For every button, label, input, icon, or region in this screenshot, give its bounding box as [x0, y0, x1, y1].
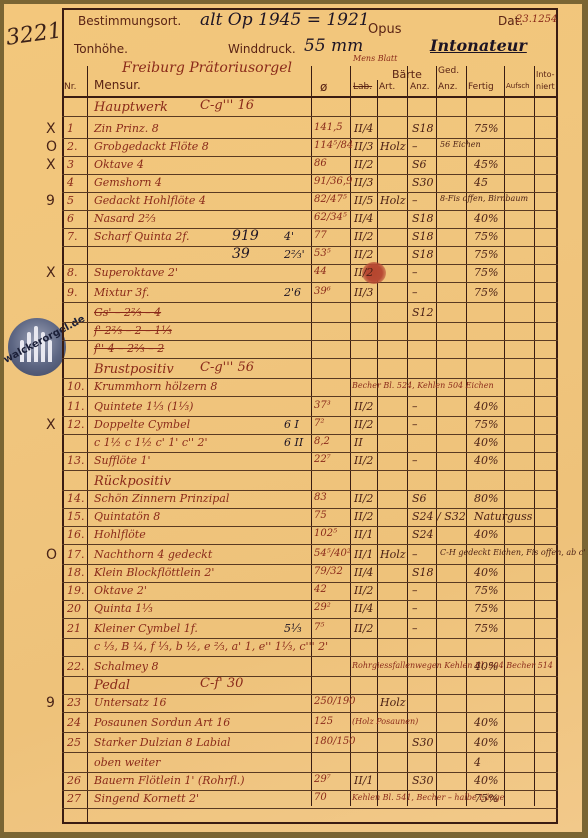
register-number: 14.: [67, 492, 85, 505]
row-divider: [62, 264, 558, 265]
row-divider: [62, 156, 558, 157]
row-divider: [62, 210, 558, 211]
section-title: Hauptwerk: [94, 100, 168, 115]
section-compass: C-f' 30: [200, 676, 243, 691]
completion-value: 45%: [474, 158, 498, 171]
diameter-value: 44: [314, 266, 327, 277]
register-number: 27: [67, 792, 81, 805]
mens-blatt-value: II/3: [354, 286, 373, 299]
col-line-ged: [436, 66, 437, 806]
wind-pressure-label: Winddruck.: [228, 42, 296, 56]
register-number: 26: [67, 774, 81, 787]
row-divider: [62, 618, 558, 619]
register-number: 1: [67, 122, 74, 135]
beard-count: –: [412, 584, 418, 597]
diameter-value: 53⁵: [314, 248, 331, 259]
register-number: 12.: [67, 418, 85, 431]
col-aufschnitt: Aufsch: [506, 82, 530, 90]
beard-count: S18: [412, 122, 434, 135]
beard-count: S18: [412, 212, 434, 225]
diameter-value: 54⁵/40²: [314, 548, 351, 559]
register-name: Mixtur 3f.: [94, 286, 149, 299]
beard-count: S18: [412, 248, 434, 261]
register-name: oben weiter: [94, 756, 160, 769]
col-baerte-anz: Anz.: [410, 82, 429, 92]
row-divider: [62, 322, 558, 323]
register-name: Quinta 1⅓: [94, 602, 153, 615]
row-divider: [62, 246, 558, 247]
date-value: 23.1254: [516, 14, 557, 25]
register-number: 8.: [67, 266, 78, 279]
register-name: Doppelte Cymbel: [94, 418, 190, 431]
col-mens-blatt-strike: Lab.: [353, 82, 372, 92]
status-mark: X: [46, 265, 56, 281]
row-divider: [62, 192, 558, 193]
register-name: Grobgedackt Flöte 8: [94, 140, 209, 153]
diameter-value: 125: [314, 716, 333, 727]
col-line-fertig: [466, 66, 467, 806]
register-name: Nasard 2⅔: [94, 212, 156, 225]
register-number: 9.: [67, 286, 78, 299]
completion-value: 75%: [474, 418, 498, 431]
row-divider: [62, 508, 558, 509]
mens-blatt-value: II: [354, 436, 363, 449]
completion-value: 75%: [474, 602, 498, 615]
diameter-value: 77: [314, 230, 327, 241]
register-name: Untersatz 16: [94, 696, 166, 709]
register-number: 16.: [67, 528, 85, 541]
register-name: Gs' – 2⅔ – 4: [94, 306, 161, 319]
diameter-value: 91/36,9: [314, 176, 352, 187]
completion-value: 40%: [474, 736, 498, 749]
completion-value: 75%: [474, 286, 498, 299]
completion-value: 40%: [474, 566, 498, 579]
register-name: f' 2⅔ – 2 – 1⅓: [94, 324, 172, 337]
register-name: Superoktave 2': [94, 266, 178, 279]
register-number: 7.: [67, 230, 78, 243]
register-number: 5: [67, 194, 74, 207]
mens-blatt-value: II/2: [354, 248, 373, 261]
register-number: 25: [67, 736, 81, 749]
beard-count: –: [412, 400, 418, 413]
beard-count: –: [412, 286, 418, 299]
col-intoniert-top: Into-: [536, 70, 555, 79]
register-name: Bauern Flötlein 1' (Rohrfl.): [94, 774, 245, 787]
beard-count: S12: [412, 306, 434, 319]
register-name: Gedackt Hohlflöte 4: [94, 194, 206, 207]
mens-blatt-value: II/2: [354, 584, 373, 597]
row-divider: [62, 358, 558, 359]
completion-value: 75%: [474, 622, 498, 635]
section-compass: C-g''' 16: [200, 98, 254, 113]
register-name: Starker Dulzian 8 Labial: [94, 736, 231, 749]
beard-count: S18: [412, 230, 434, 243]
register-number: 21: [67, 622, 81, 635]
diameter-value: 8,2: [314, 436, 330, 447]
register-number: 17.: [67, 548, 85, 561]
diameter-value: 75: [314, 510, 327, 521]
register-name: Schalmey 8: [94, 660, 159, 673]
row-divider: [62, 378, 558, 379]
col-line-aufsch: [504, 66, 505, 806]
row-divider: [62, 582, 558, 583]
status-mark: 9: [46, 695, 55, 711]
diameter-value: 79/32: [314, 566, 343, 577]
row-divider: [62, 174, 558, 175]
mens-blatt-value: II/2: [354, 266, 373, 279]
mens-blatt-value: II/4: [354, 122, 373, 135]
diameter-value: 7²: [314, 418, 324, 429]
pitch-length: 5⅓: [284, 622, 302, 635]
diameter-value: 70: [314, 792, 327, 803]
register-name: Nachthorn 4 gedeckt: [94, 548, 212, 561]
row-note: Becher Bl. 524, Kehlen 504 Eichen: [352, 381, 494, 390]
row-divider: [62, 340, 558, 341]
completion-value: 80%: [474, 492, 498, 505]
register-name: Posaunen Sordun Art 16: [94, 716, 230, 729]
diameter-value: 29⁷: [314, 774, 331, 785]
beard-count: S6: [412, 158, 427, 171]
beard-type: Holz: [380, 194, 406, 207]
col-line-anz: [407, 66, 408, 806]
ged-note: C-H gedeckt Eichen, Fis offen, ab c' Bir…: [440, 548, 588, 557]
register-number: 19.: [67, 584, 85, 597]
mens-blatt-value: II/1: [354, 528, 373, 541]
status-mark: X: [46, 157, 56, 173]
diameter-value: 37³: [314, 400, 331, 411]
diameter-value: 114⁵/84: [314, 140, 353, 151]
completion-value: 75%: [474, 584, 498, 597]
register-name: Scharf Quinta 2f.: [94, 230, 190, 243]
pitch-length: 2⅔': [284, 248, 305, 261]
completion-value: 75%: [474, 266, 498, 279]
register-name: c 1½ c 1½ c' 1' c'' 2': [94, 436, 208, 449]
row-divider: [62, 138, 558, 139]
register-number: 15.: [67, 510, 85, 523]
register-name: Klein Blockflöttlein 2': [94, 566, 214, 579]
register-number: 18.: [67, 566, 85, 579]
row-divider: [62, 656, 558, 657]
col-line-art: [377, 80, 378, 806]
row-divider: [62, 396, 558, 397]
mens-blatt-value: II/2: [354, 418, 373, 431]
mens-blatt-value: II/2: [354, 510, 373, 523]
mens-blatt-value: II/2: [354, 492, 373, 505]
status-mark: 9: [46, 193, 55, 209]
completion-value: 45: [474, 176, 488, 189]
row-divider: [62, 544, 558, 545]
completion-value: 40%: [474, 400, 498, 413]
ged-note: 8-Fis offen, Birnbaum: [440, 194, 528, 203]
row-divider: [62, 228, 558, 229]
row-divider: [62, 302, 558, 303]
beard-count: –: [412, 266, 418, 279]
row-divider: [62, 526, 558, 527]
diameter-value: 42: [314, 584, 327, 595]
row-divider: [62, 676, 558, 677]
pitch-length: 4': [284, 230, 294, 243]
pitch-length: 2'6: [284, 286, 301, 299]
register-number: 13.: [67, 454, 85, 467]
completion-value: 40%: [474, 454, 498, 467]
diameter-value: 83: [314, 492, 327, 503]
section-title: Brustpositiv: [94, 362, 174, 377]
diameter-value: 22⁷: [314, 454, 331, 465]
completion-value: Naturguss: [474, 510, 532, 523]
mens-blatt-value: II/4: [354, 602, 373, 615]
mens-blatt-value: II/1: [354, 548, 373, 561]
col-intoniert: niert: [536, 82, 555, 91]
row-note: Rohrgiessfallenwegen Kehlen Bl. 504 Bech…: [352, 661, 553, 670]
register-name: Singend Kornett 2': [94, 792, 199, 805]
section-compass: C-g''' 56: [200, 360, 254, 375]
beard-type: Holz: [380, 140, 406, 153]
col-diameter: ø: [320, 80, 327, 94]
beard-count: S30: [412, 736, 434, 749]
diameter-value: 39⁶: [314, 286, 331, 297]
register-name: Kleiner Cymbel 1f.: [94, 622, 198, 635]
row-divider: [62, 470, 558, 471]
status-mark: X: [46, 121, 56, 137]
row-divider: [62, 638, 558, 639]
register-name: Krummhorn hölzern 8: [94, 380, 217, 393]
mens-blatt-value: II/5: [354, 194, 373, 207]
register-name: Schön Zinnern Prinzipal: [94, 492, 229, 505]
col-mens-blatt: Mens Blatt: [353, 54, 397, 63]
completion-value: 75%: [474, 248, 498, 261]
col-line-nr: [87, 66, 88, 824]
row-divider: [62, 282, 558, 283]
row-divider: [62, 790, 558, 791]
completion-value: 40%: [474, 436, 498, 449]
completion-value: 75%: [474, 122, 498, 135]
mens-blatt-value: II/2: [354, 158, 373, 171]
row-divider: [62, 712, 558, 713]
beard-count: S6: [412, 492, 427, 505]
completion-value: 40%: [474, 212, 498, 225]
section-title: Pedal: [94, 678, 130, 693]
register-name: Hohlflöte: [94, 528, 146, 541]
register-number: 3: [67, 158, 74, 171]
col-baerte-art: Art.: [379, 82, 395, 92]
beard-count: S30: [412, 176, 434, 189]
beard-count: –: [412, 548, 418, 561]
section-title: Rückpositiv: [94, 474, 171, 489]
diameter-value: 102⁵: [314, 528, 337, 539]
row-divider: [62, 772, 558, 773]
mens-blatt-value: II/2: [354, 454, 373, 467]
status-mark: X: [46, 417, 56, 433]
row-divider: [62, 452, 558, 453]
completion-value: 40%: [474, 774, 498, 787]
beard-count: S24 / S32: [412, 510, 466, 523]
handwritten-title: Intonateur: [430, 36, 527, 55]
completion-value: 75%: [474, 230, 498, 243]
beard-count: –: [412, 140, 418, 153]
organ-name: Freiburg Prätoriusorgel: [122, 60, 292, 76]
register-name: Zin Prinz. 8: [94, 122, 159, 135]
completion-value: 40%: [474, 528, 498, 541]
pitch-length: 6 II: [284, 436, 303, 449]
row-divider: [62, 490, 558, 491]
register-name: Sufflöte 1': [94, 454, 151, 467]
register-number: 10.: [67, 380, 85, 393]
wind-pressure-value: 55 mm: [304, 36, 363, 56]
diameter-value: 141,5: [314, 122, 343, 133]
beard-count: S24: [412, 528, 434, 541]
row-note: (Holz Posaunen): [352, 717, 418, 726]
row-divider: [62, 416, 558, 417]
register-number: 4: [67, 176, 74, 189]
col-mensur: Mensur.: [94, 78, 141, 92]
row-divider: [62, 808, 558, 809]
opus-label: Opus: [368, 22, 402, 37]
beard-count: –: [412, 418, 418, 431]
pitch-label: Tonhöhe.: [74, 42, 128, 56]
col-line-dia: [311, 66, 312, 806]
mixture-note: 919: [232, 228, 259, 244]
mens-blatt-value: II/2: [354, 622, 373, 635]
beard-count: S18: [412, 566, 434, 579]
status-mark: O: [46, 139, 57, 155]
register-number: 6: [67, 212, 74, 225]
mens-blatt-value: II/4: [354, 566, 373, 579]
mens-blatt-value: II/2: [354, 400, 373, 413]
completion-value: 40%: [474, 660, 498, 673]
beard-count: –: [412, 622, 418, 635]
register-number: 24: [67, 716, 81, 729]
diameter-value: 250/190: [314, 696, 356, 707]
pitch-length: 6 I: [284, 418, 299, 431]
register-number: 22.: [67, 660, 85, 673]
beard-count: –: [412, 602, 418, 615]
mixture-note: 39: [232, 246, 250, 262]
completion-value: 40%: [474, 716, 498, 729]
register-name: c ⅓, B ¼, f ⅓, b ½, e ⅔, a' 1, e'' 1⅓, c…: [94, 640, 328, 653]
mens-blatt-value: II/1: [354, 774, 373, 787]
diameter-value: 62/34⁵: [314, 212, 347, 223]
register-name: Oktave 2': [94, 584, 147, 597]
completion-value: 75%: [474, 792, 498, 805]
destination-label: Bestimmungsort.: [78, 14, 181, 28]
row-divider: [62, 564, 558, 565]
col-nr: Nr.: [64, 82, 76, 92]
register-name: Oktave 4: [94, 158, 144, 171]
register-number: 23: [67, 696, 81, 709]
col-ged-anz: Anz.: [438, 82, 457, 92]
row-divider: [62, 752, 558, 753]
diameter-value: 180/150: [314, 736, 356, 747]
register-number: 11.: [67, 400, 85, 413]
register-name: Quintete 1⅓ (1⅓): [94, 400, 193, 413]
completion-value: 4: [474, 756, 481, 769]
diameter-value: 82/47⁵: [314, 194, 347, 205]
ged-note: 56 Eichen: [440, 140, 481, 149]
register-name: f'' 4 – 2⅔ – 2: [94, 342, 164, 355]
beard-count: –: [412, 454, 418, 467]
row-divider: [62, 600, 558, 601]
row-divider: [62, 732, 558, 733]
row-divider: [62, 694, 558, 695]
mens-blatt-value: II/3: [354, 140, 373, 153]
row-divider: [62, 434, 558, 435]
register-name: Quintatön 8: [94, 510, 160, 523]
row-divider: [62, 116, 558, 117]
diameter-value: 29²: [314, 602, 331, 613]
col-ged-top: Ged.: [438, 66, 459, 76]
register-name: Gemshorn 4: [94, 176, 162, 189]
status-mark: O: [46, 547, 57, 563]
diameter-value: 86: [314, 158, 327, 169]
destination-value: alt Op 1945 = 1921: [200, 10, 370, 30]
mens-blatt-value: II/4: [354, 212, 373, 225]
beard-count: S30: [412, 774, 434, 787]
col-fertig: Fertig: [468, 82, 494, 92]
register-number: 2.: [67, 140, 78, 153]
beard-count: –: [412, 194, 418, 207]
header-divider: [62, 96, 558, 98]
beard-type: Holz: [380, 548, 406, 561]
col-line-into: [534, 66, 535, 806]
mens-blatt-value: II/2: [354, 230, 373, 243]
diameter-value: 7⁵: [314, 622, 324, 633]
register-number: 20: [67, 602, 81, 615]
beard-type: Holz: [380, 696, 406, 709]
mens-blatt-value: II/3: [354, 176, 373, 189]
